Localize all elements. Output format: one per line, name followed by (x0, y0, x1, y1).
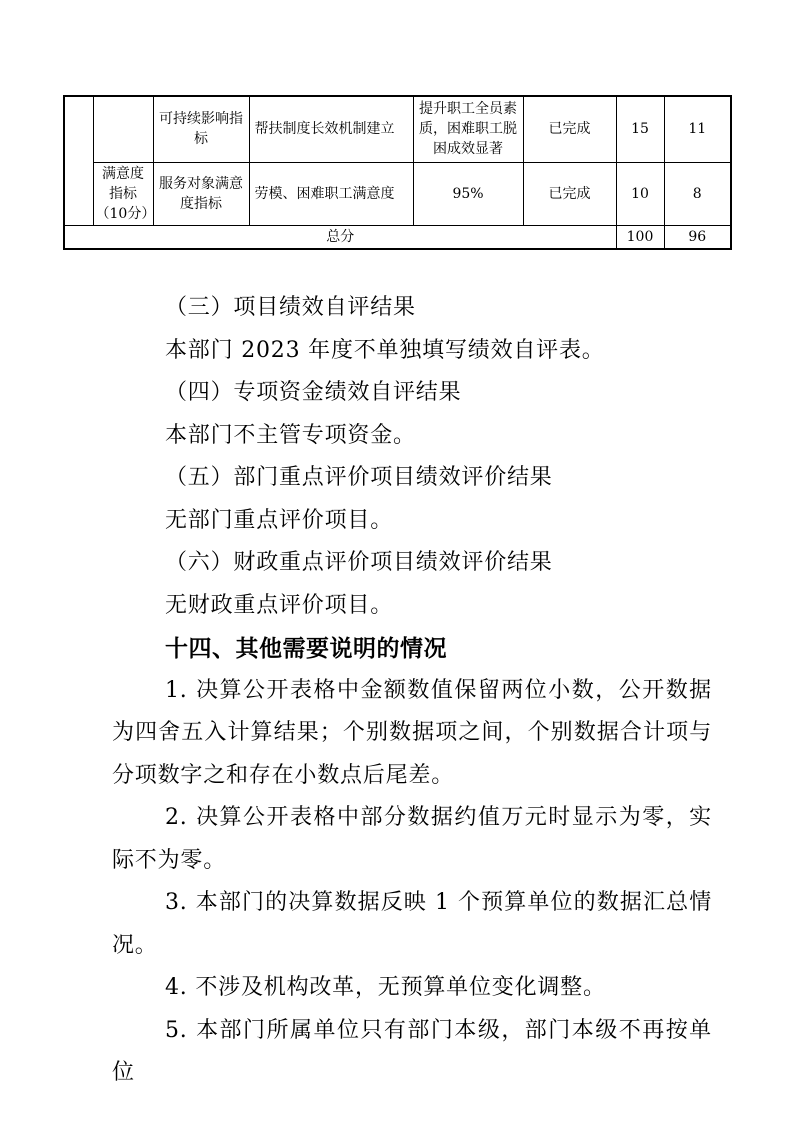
cell-category: 满意度 指标 （10分） (93, 162, 153, 225)
table-row: 满意度 指标 （10分） 服务对象满意度指标 劳模、困难职工满意度 95% 已完… (64, 162, 731, 225)
note-3: 3. 本部门的决算数据反映 1 个预算单位的数据汇总情况。 (112, 882, 712, 967)
table-total-row: 总分 100 96 (64, 225, 731, 249)
cell-indicator-type: 服务对象满意度指标 (153, 162, 249, 225)
cell-score: 8 (664, 162, 731, 225)
cell-target-value: 提升职工全员素质，困难职工脱困成效显著 (413, 96, 523, 162)
paragraph-finance-key-projects: 无财政重点评价项目。 (112, 585, 712, 628)
cell-target-value: 95% (413, 162, 523, 225)
body-text: （三）项目绩效自评结果 本部门 2023 年度不单独填写绩效自评表。 （四）专项… (112, 287, 712, 1095)
cell-indicator-name: 劳模、困难职工满意度 (249, 162, 413, 225)
cell-completion: 已完成 (523, 96, 616, 162)
cell-full-score: 10 (616, 162, 664, 225)
section-heading-4: （四）专项资金绩效自评结果 (112, 372, 712, 415)
section-heading-3: （三）项目绩效自评结果 (112, 287, 712, 330)
cell-total-full-score: 100 (616, 225, 664, 249)
section-heading-5: （五）部门重点评价项目绩效评价结果 (112, 457, 712, 500)
paragraph-self-eval: 本部门 2023 年度不单独填写绩效自评表。 (112, 330, 712, 373)
note-5: 5. 本部门所属单位只有部门本级，部门本级不再按单位 (112, 1010, 712, 1095)
note-4: 4. 不涉及机构改革，无预算单位变化调整。 (112, 967, 712, 1010)
cell-total-score: 96 (664, 225, 731, 249)
note-2: 2. 决算公开表格中部分数据约值万元时显示为零，实际不为零。 (112, 797, 712, 882)
cell-total-label: 总分 (64, 225, 616, 249)
section-heading-6: （六）财政重点评价项目绩效评价结果 (112, 542, 712, 585)
cell-indicator-type: 可持续影响指标 (153, 96, 249, 162)
performance-score-table: 可持续影响指标 帮扶制度长效机制建立 提升职工全员素质，困难职工脱困成效显著 已… (63, 95, 732, 250)
table-row: 可持续影响指标 帮扶制度长效机制建立 提升职工全员素质，困难职工脱困成效显著 已… (64, 96, 731, 162)
cell-full-score: 15 (616, 96, 664, 162)
cell-spacer (64, 96, 93, 225)
document-page: { "page": { "background": "#ffffff", "te… (0, 0, 793, 1122)
note-1: 1. 决算公开表格中金额数值保留两位小数，公开数据为四舍五入计算结果；个别数据项… (112, 670, 712, 798)
cell-category-empty (93, 96, 153, 162)
paragraph-special-funds: 本部门不主管专项资金。 (112, 415, 712, 458)
cell-indicator-name: 帮扶制度长效机制建立 (249, 96, 413, 162)
paragraph-dept-key-projects: 无部门重点评价项目。 (112, 500, 712, 543)
section-14-title: 十四、其他需要说明的情况 (112, 627, 712, 670)
cell-score: 11 (664, 96, 731, 162)
cell-completion: 已完成 (523, 162, 616, 225)
